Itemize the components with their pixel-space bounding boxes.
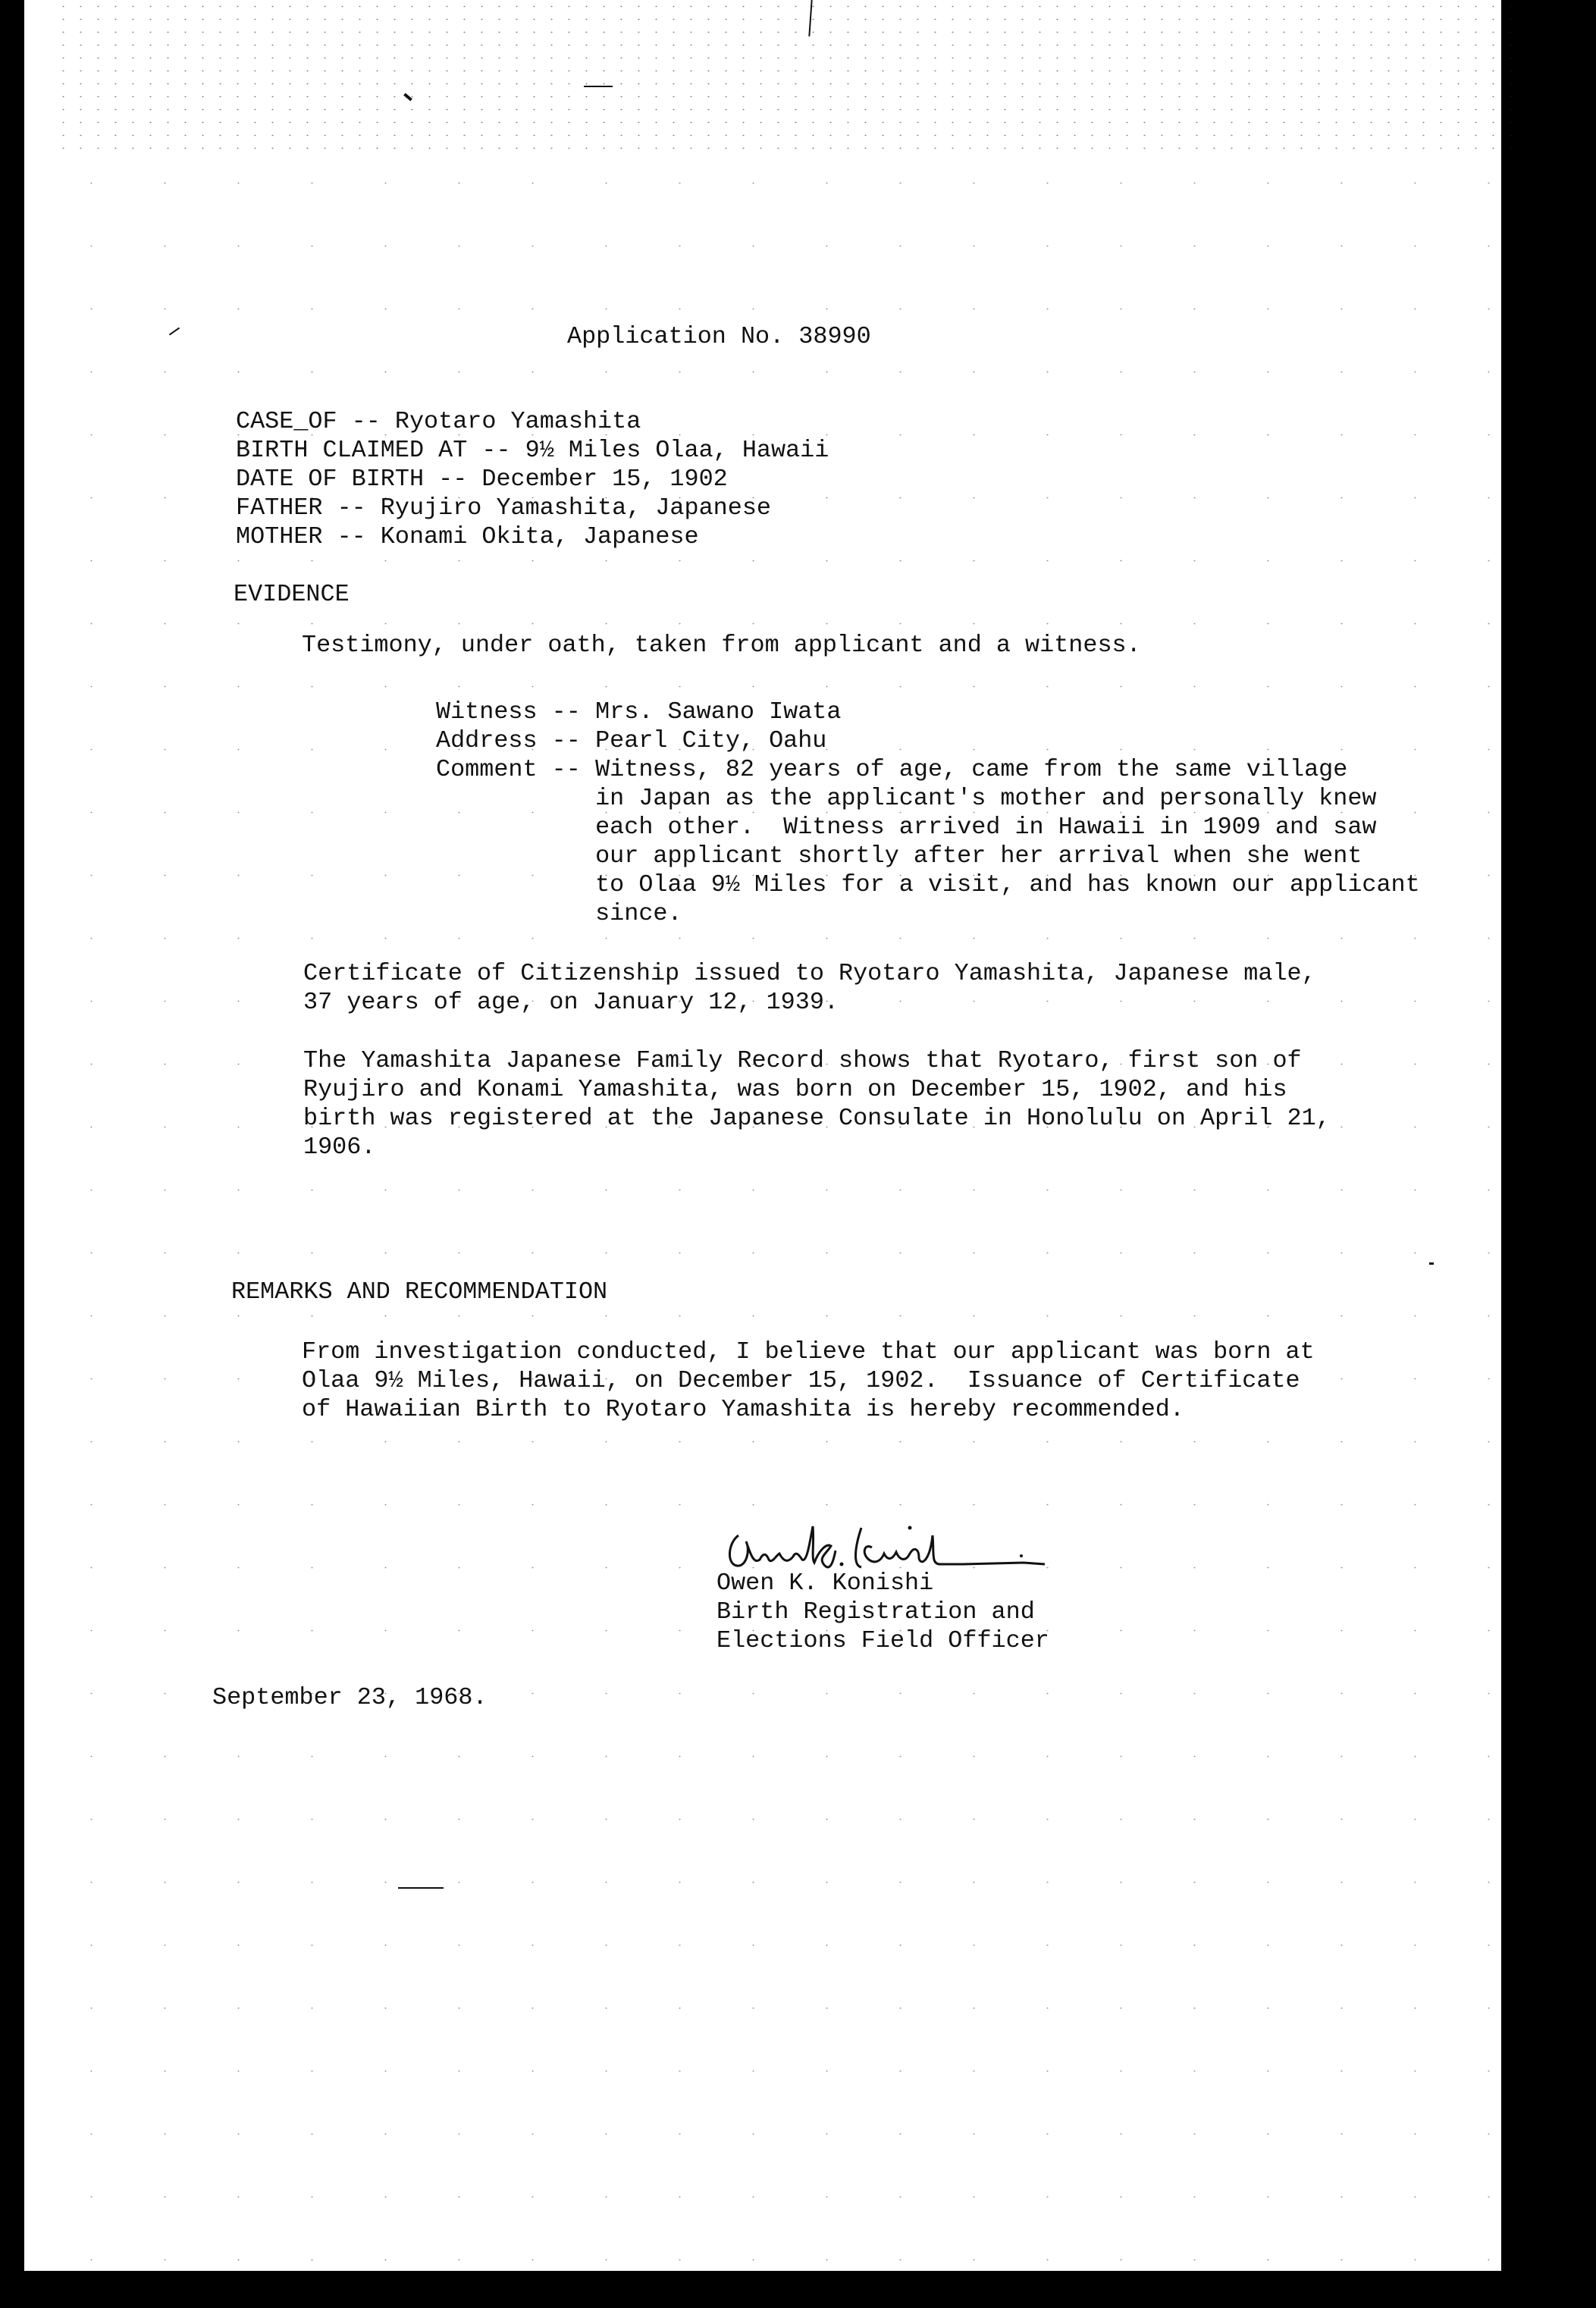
witness-field-value: in Japan as the applicant's mother and p… (595, 786, 1376, 811)
remarks-line: of Hawaiian Birth to Ryotaro Yamashita i… (302, 1397, 1184, 1422)
witness-field-value: our applicant shortly after her arrival … (595, 844, 1362, 868)
paragraph-line: The Yamashita Japanese Family Record sho… (303, 1049, 1302, 1073)
remarks-heading: REMARKS AND RECOMMENDATION (231, 1280, 607, 1304)
evidence-intro: Testimony, under oath, taken from applic… (302, 633, 1141, 657)
scan-mark (1429, 1262, 1434, 1265)
paragraph-line: 37 years of age, on January 12, 1939. (303, 990, 839, 1014)
case-info-line: DATE OF BIRTH -- December 15, 1902 (236, 467, 728, 491)
paragraph-line: birth was registered at the Japanese Con… (303, 1106, 1331, 1130)
case-info-line: MOTHER -- Konami Okita, Japanese (236, 525, 699, 549)
witness-field-value: to Olaa 9½ Miles for a visit, and has kn… (595, 873, 1420, 897)
case-info-line: FATHER -- Ryujiro Yamashita, Japanese (236, 496, 771, 520)
signer-title-line: Birth Registration and (716, 1600, 1035, 1624)
document-title: Application No. 38990 (567, 325, 871, 349)
witness-field-label: Comment -- (436, 757, 581, 782)
signature-scribble (720, 1520, 1069, 1577)
witness-field-label: Address -- (436, 729, 581, 753)
scan-mark (584, 86, 613, 87)
case-info-line: CASE_OF -- Ryotaro Yamashita (236, 409, 641, 434)
remarks-line: Olaa 9½ Miles, Hawaii, on December 15, 1… (302, 1369, 1300, 1393)
paragraph-line: Certificate of Citizenship issued to Ryo… (303, 961, 1316, 986)
paragraph-line: Ryujiro and Konami Yamashita, was born o… (303, 1077, 1287, 1102)
witness-field-value: Mrs. Sawano Iwata (595, 700, 841, 724)
witness-field-value: Witness, 82 years of age, came from the … (595, 757, 1347, 782)
evidence-heading: EVIDENCE (234, 582, 350, 607)
witness-field-value: Pearl City, Oahu (595, 729, 826, 753)
witness-field-value: each other. Witness arrived in Hawaii in… (595, 815, 1376, 839)
witness-field-value: since. (595, 902, 682, 926)
scan-noise-top (55, 0, 1518, 152)
scan-mark (398, 1887, 444, 1889)
paragraph-line: 1906. (303, 1135, 375, 1159)
signer-name: Owen K. Konishi (716, 1571, 933, 1595)
case-info-line: BIRTH CLAIMED AT -- 9½ Miles Olaa, Hawai… (236, 438, 829, 463)
witness-field-label: Witness -- (436, 700, 581, 724)
signer-title-line: Elections Field Officer (716, 1629, 1049, 1653)
remarks-line: From investigation conducted, I believe … (302, 1340, 1315, 1364)
document-date: September 23, 1968. (212, 1686, 488, 1710)
